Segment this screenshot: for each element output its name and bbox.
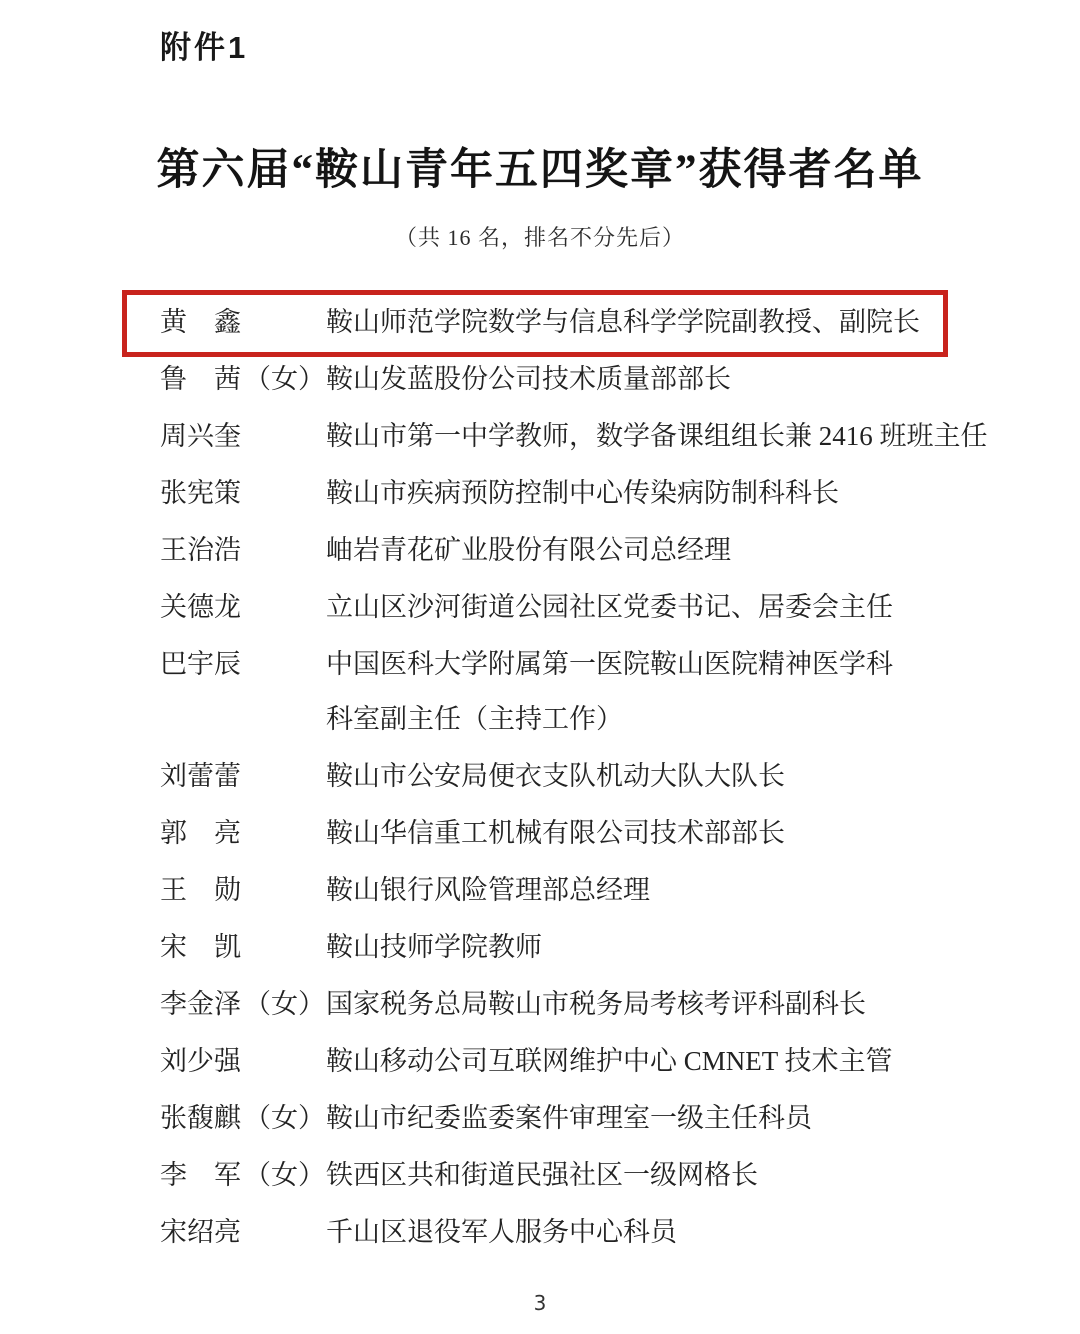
winner-row: 张宪策 鞍山市疾病预防控制中心传染病防制科科长 — [160, 479, 946, 507]
winner-row: 周兴奎 鞍山市第一中学教师，数学备课组组长兼 2416 班班主任 — [160, 422, 946, 450]
position-line: 鞍山发蓝股份公司技术质量部部长 — [326, 365, 946, 393]
winner-position: 中国医科大学附属第一医院鞍山医院精神医学科科室副主任（主持工作） — [326, 650, 946, 733]
winner-position: 鞍山市纪委监委案件审理室一级主任科员 — [326, 1104, 946, 1132]
position-line: 鞍山师范学院数学与信息科学学院副教授、副院长 — [326, 308, 946, 336]
winner-row: 关德龙 立山区沙河街道公园社区党委书记、居委会主任 — [160, 593, 946, 621]
position-line: 鞍山技师学院教师 — [326, 933, 946, 961]
winner-name: 巴宇辰 — [160, 650, 244, 678]
winner-row: 郭 亮 鞍山华信重工机械有限公司技术部部长 — [160, 819, 946, 847]
position-line: 鞍山华信重工机械有限公司技术部部长 — [326, 819, 946, 847]
winner-name: 张馥麒 — [160, 1104, 244, 1132]
page-title: 第六届“鞍山青年五四奖章”获得者名单 — [0, 146, 1080, 196]
winner-name: 宋 凯 — [160, 933, 244, 961]
winner-name: 宋绍亮 — [160, 1218, 244, 1246]
winner-position: 铁西区共和街道民强社区一级网格长 — [326, 1161, 946, 1189]
winner-name: 黄 鑫 — [160, 308, 244, 336]
position-line: 岫岩青花矿业股份有限公司总经理 — [326, 536, 946, 564]
winner-row: 张馥麒 （女） 鞍山市纪委监委案件审理室一级主任科员 — [160, 1104, 946, 1132]
winner-name: 王治浩 — [160, 536, 244, 564]
winner-position: 立山区沙河街道公园社区党委书记、居委会主任 — [326, 593, 946, 621]
winner-row: 鲁 茜 （女） 鞍山发蓝股份公司技术质量部部长 — [160, 365, 946, 393]
winner-row: 王 勋 鞍山银行风险管理部总经理 — [160, 876, 946, 904]
winner-row: 李金泽 （女） 国家税务总局鞍山市税务局考核考评科副科长 — [160, 990, 946, 1018]
winner-name: 张宪策 — [160, 479, 244, 507]
position-line: 立山区沙河街道公园社区党委书记、居委会主任 — [326, 593, 946, 621]
winner-row: 宋绍亮 千山区退役军人服务中心科员 — [160, 1218, 946, 1246]
gender-label: （女） — [244, 1104, 326, 1132]
winner-position: 鞍山技师学院教师 — [326, 933, 946, 961]
position-line: 千山区退役军人服务中心科员 — [326, 1218, 946, 1246]
attachment-label: 附件1 — [160, 22, 248, 67]
winner-position: 千山区退役军人服务中心科员 — [326, 1218, 946, 1246]
winner-name: 刘蕾蕾 — [160, 762, 244, 790]
position-line: 鞍山市公安局便衣支队机动大队大队长 — [326, 762, 946, 790]
position-line: 鞍山市第一中学教师，数学备课组组长兼 2416 班班主任 — [326, 422, 946, 450]
position-line: 科室副主任（主持工作） — [326, 705, 946, 733]
winners-list: 黄 鑫 鞍山师范学院数学与信息科学学院副教授、副院长 鲁 茜 （女） 鞍山发蓝股… — [160, 308, 946, 1275]
position-line: 中国医科大学附属第一医院鞍山医院精神医学科 — [326, 650, 946, 678]
winner-row: 刘蕾蕾 鞍山市公安局便衣支队机动大队大队长 — [160, 762, 946, 790]
winner-position: 鞍山华信重工机械有限公司技术部部长 — [326, 819, 946, 847]
position-line: 鞍山市疾病预防控制中心传染病防制科科长 — [326, 479, 946, 507]
gender-label: （女） — [244, 990, 326, 1018]
gender-label: （女） — [244, 365, 326, 393]
winner-row: 刘少强 鞍山移动公司互联网维护中心 CMNET 技术主管 — [160, 1047, 946, 1075]
page-subtitle: （共 16 名，排名不分先后） — [0, 221, 1080, 252]
winner-name: 郭 亮 — [160, 819, 244, 847]
winner-position: 鞍山师范学院数学与信息科学学院副教授、副院长 — [326, 308, 946, 336]
winner-name: 王 勋 — [160, 876, 244, 904]
winner-row: 黄 鑫 鞍山师范学院数学与信息科学学院副教授、副院长 — [160, 308, 946, 336]
winner-position: 鞍山移动公司互联网维护中心 CMNET 技术主管 — [326, 1047, 946, 1075]
winner-position: 鞍山市第一中学教师，数学备课组组长兼 2416 班班主任 — [326, 422, 946, 450]
winner-row: 巴宇辰 中国医科大学附属第一医院鞍山医院精神医学科科室副主任（主持工作） — [160, 650, 946, 733]
winner-position: 鞍山发蓝股份公司技术质量部部长 — [326, 365, 946, 393]
position-line: 鞍山市纪委监委案件审理室一级主任科员 — [326, 1104, 946, 1132]
winner-name: 李金泽 — [160, 990, 244, 1018]
winner-position: 鞍山市公安局便衣支队机动大队大队长 — [326, 762, 946, 790]
position-line: 铁西区共和街道民强社区一级网格长 — [326, 1161, 946, 1189]
winner-row: 宋 凯 鞍山技师学院教师 — [160, 933, 946, 961]
winner-name: 刘少强 — [160, 1047, 244, 1075]
winner-position: 鞍山银行风险管理部总经理 — [326, 876, 946, 904]
position-line: 鞍山移动公司互联网维护中心 CMNET 技术主管 — [326, 1047, 946, 1075]
gender-label: （女） — [244, 1161, 326, 1189]
winner-row: 王治浩 岫岩青花矿业股份有限公司总经理 — [160, 536, 946, 564]
winner-name: 鲁 茜 — [160, 365, 244, 393]
winner-position: 鞍山市疾病预防控制中心传染病防制科科长 — [326, 479, 946, 507]
winner-name: 关德龙 — [160, 593, 244, 621]
winner-name: 周兴奎 — [160, 422, 244, 450]
winner-position: 岫岩青花矿业股份有限公司总经理 — [326, 536, 946, 564]
winner-name: 李 军 — [160, 1161, 244, 1189]
winner-row: 李 军 （女） 铁西区共和街道民强社区一级网格长 — [160, 1161, 946, 1189]
page-number: 3 — [0, 1291, 1080, 1315]
position-line: 鞍山银行风险管理部总经理 — [326, 876, 946, 904]
winner-position: 国家税务总局鞍山市税务局考核考评科副科长 — [326, 990, 946, 1018]
document-page: 附件1 第六届“鞍山青年五四奖章”获得者名单 （共 16 名，排名不分先后） 黄… — [0, 0, 1080, 1334]
position-line: 国家税务总局鞍山市税务局考核考评科副科长 — [326, 990, 946, 1018]
